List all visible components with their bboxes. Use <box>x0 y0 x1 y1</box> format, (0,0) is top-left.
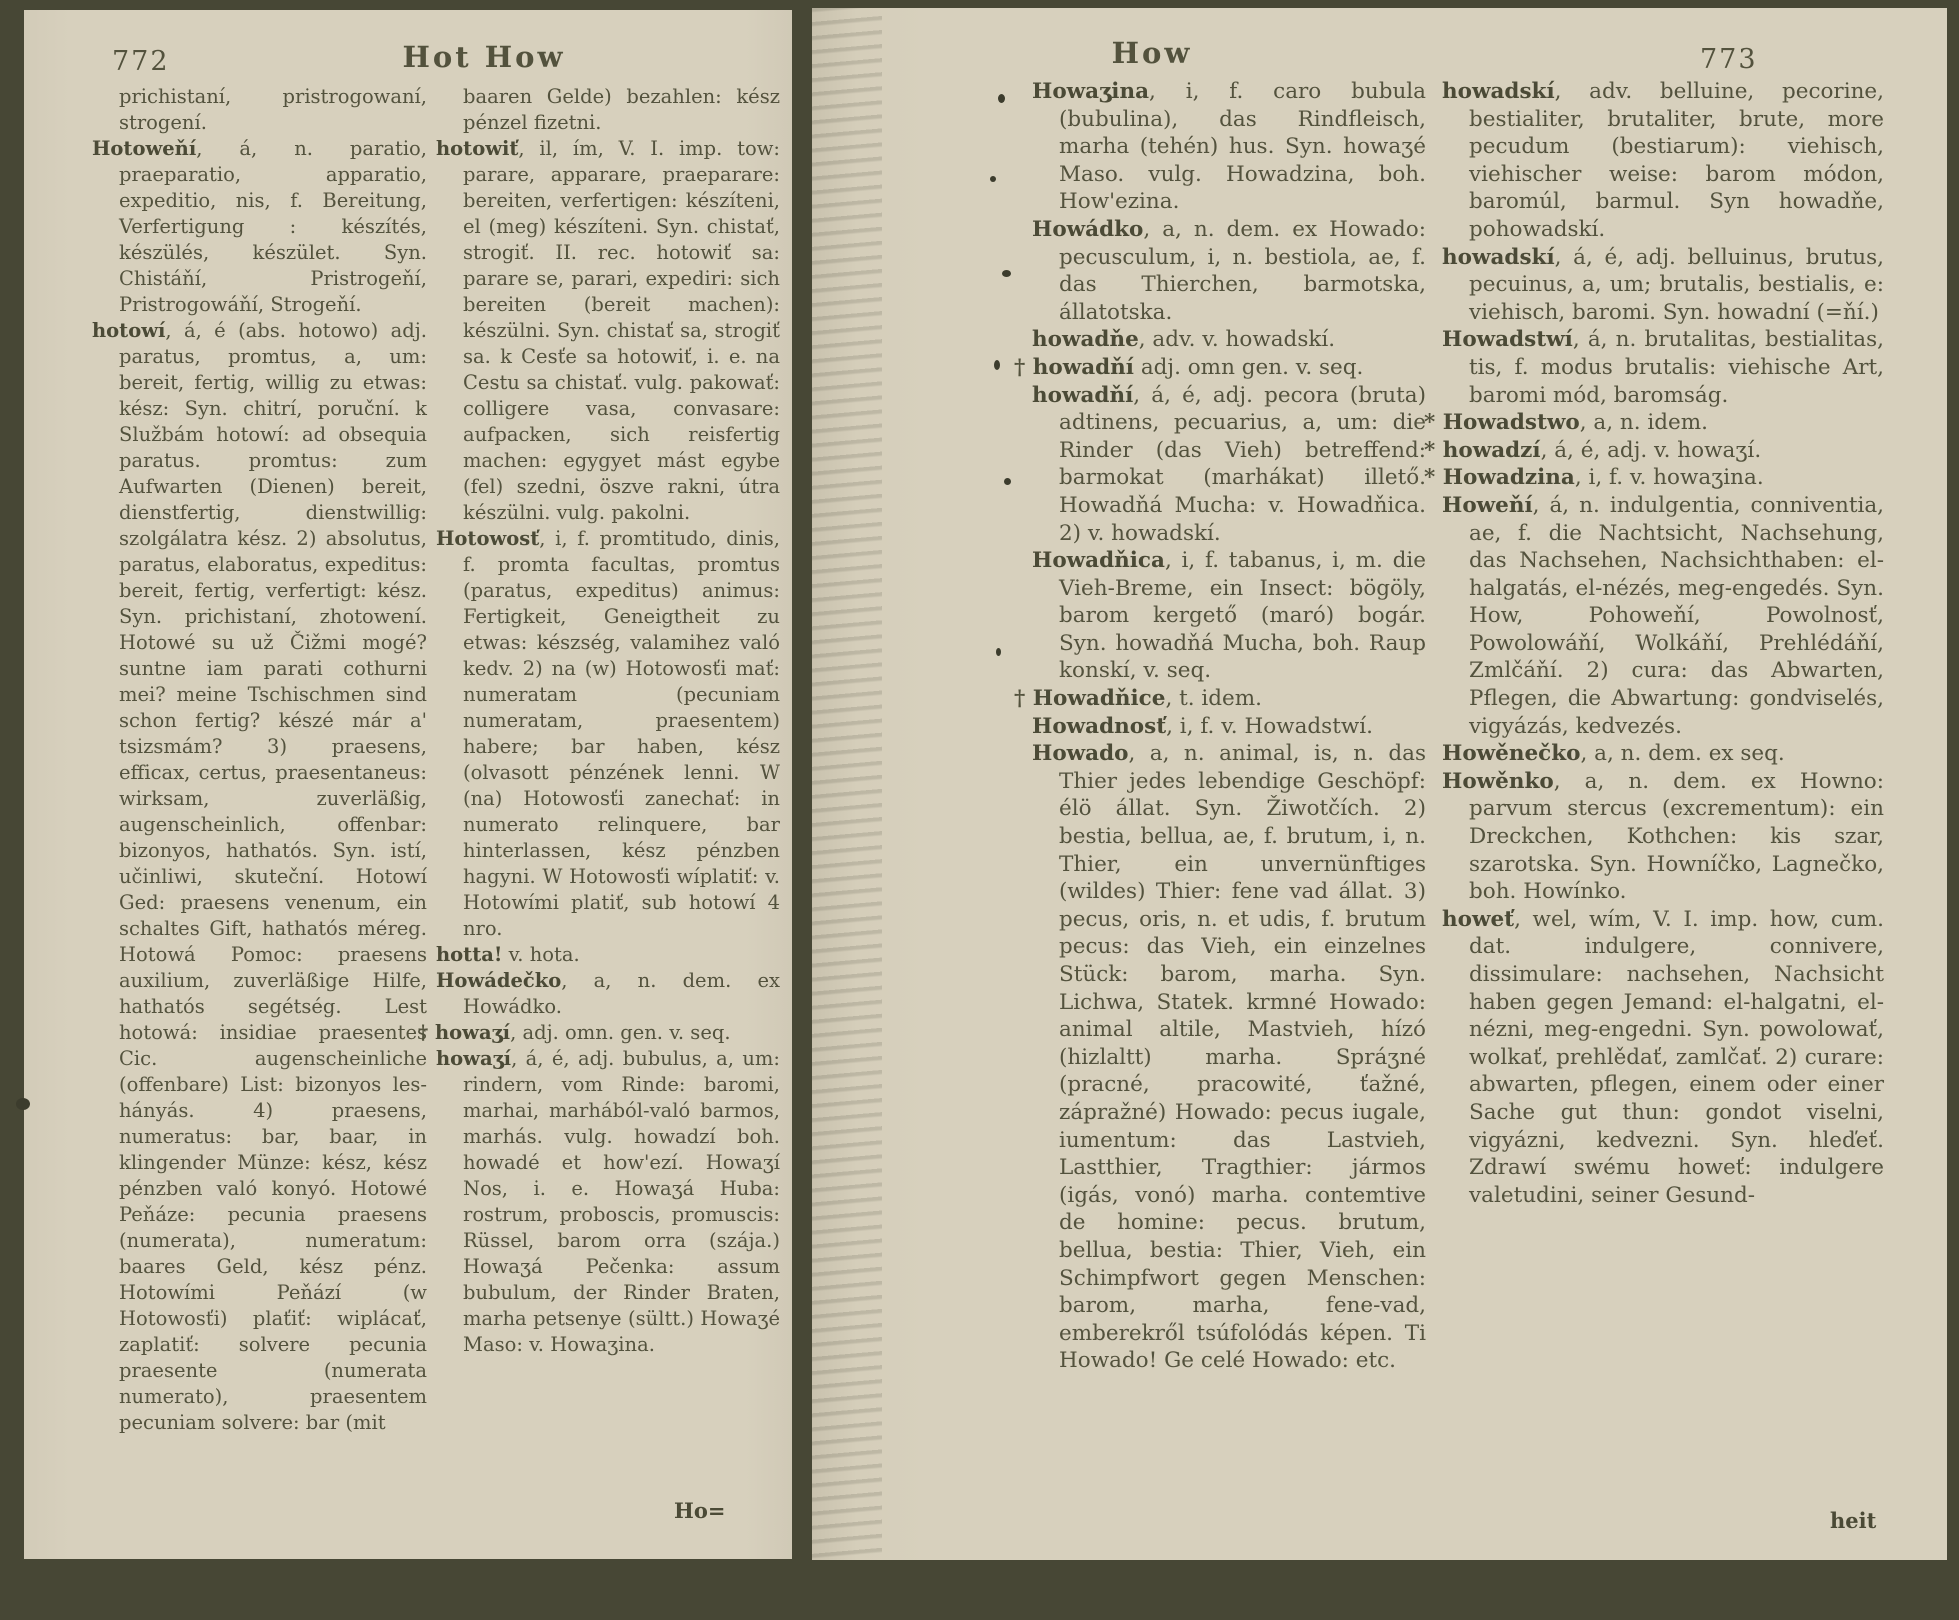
headword: hotta! <box>436 943 502 966</box>
headword: howadskí <box>1442 245 1555 270</box>
headword: howadňí <box>1033 355 1134 380</box>
headword: howadzí <box>1443 438 1541 463</box>
right-page-column-2: howadskí, adv. belluine, pecorine, besti… <box>1442 78 1884 1209</box>
obsolete-marker: † <box>418 1021 435 1044</box>
left-page-column-1: prichistaní, pristrogowaní, strogení.Hot… <box>92 84 427 1436</box>
dictionary-entry: hotowí, á, é (abs. hotowo) adj. paratus,… <box>92 318 427 1436</box>
left-page-column-2: baaren Gelde) bezahlen: kész pénzel fize… <box>436 84 780 1358</box>
dictionary-entry: Hotowosť, i, f. promtitudo, dinis, f. pr… <box>436 526 780 942</box>
dictionary-entry: Howadstwí, á, n. brutalitas, bestialitas… <box>1442 326 1884 409</box>
obsolete-marker: † <box>1014 686 1033 711</box>
dictionary-entry: Howaʒina, i, f. caro bubula (bubulina), … <box>1032 78 1426 216</box>
catchword-right: heit <box>1830 1508 1876 1533</box>
dictionary-entry: Howadňica, i, f. tabanus, i, m. die Vieh… <box>1032 547 1426 685</box>
headword: Howěnko <box>1442 769 1554 794</box>
headword: Howádko <box>1032 217 1143 242</box>
dictionary-entry: Howádečko, a, n. dem. ex Howádko. <box>436 968 780 1020</box>
dictionary-entry: howadňí, á, é, adj. pecora (bruta) adtin… <box>1032 382 1426 548</box>
gutter-shadow <box>812 8 882 1560</box>
variant-marker: * <box>1424 438 1443 463</box>
dictionary-entry: Howěnečko, a, n. dem. ex seq. <box>1442 740 1884 768</box>
entry-continuation: prichistaní, pristrogowaní, strogení. <box>92 84 427 136</box>
dictionary-entry: * howadzí, á, é, adj. v. howaʒí. <box>1442 437 1884 465</box>
headword: Howadňica <box>1032 548 1165 573</box>
headword: howadňí <box>1032 383 1133 408</box>
dictionary-entry: hotowiť, il, ím, V. I. imp. tow: parare,… <box>436 136 780 526</box>
dictionary-entry: Howado, a, n. animal, is, n. das Thier j… <box>1032 740 1426 1375</box>
headword: Howadstwo <box>1443 410 1580 435</box>
headword: Howadňice <box>1033 686 1166 711</box>
dictionary-entry: howadskí, á, é, adj. belluinus, brutus, … <box>1442 244 1884 327</box>
dictionary-entry: howadňe, adv. v. howadskí. <box>1032 326 1426 354</box>
dictionary-entry: * Howadzina, i, f. v. howaʒina. <box>1442 464 1884 492</box>
headword: howeť <box>1442 907 1514 932</box>
headword: Howaʒina <box>1032 79 1149 104</box>
headword: Howado <box>1032 741 1128 766</box>
dictionary-entry: † howadňí adj. omn gen. v. seq. <box>1032 354 1426 382</box>
ink-speck <box>990 176 996 182</box>
headword: hotowí <box>92 319 165 342</box>
dictionary-entry: * Howadstwo, a, n. idem. <box>1442 409 1884 437</box>
headword: Howeňí <box>1442 493 1533 518</box>
headword: Howádečko <box>436 969 561 992</box>
dictionary-entry: † Howadňice, t. idem. <box>1032 685 1426 713</box>
headword: Howěnečko <box>1442 741 1580 766</box>
dictionary-entry: howeť, wel, wím, V. I. imp. how, cum. da… <box>1442 906 1884 1210</box>
ink-speck <box>16 1098 30 1110</box>
headword: Howadzina <box>1443 465 1575 490</box>
ink-speck <box>1002 270 1011 277</box>
ink-speck <box>1004 478 1011 485</box>
page-number-right: 773 <box>1700 44 1758 75</box>
headword: hotowiť <box>436 137 518 160</box>
ink-speck <box>994 360 1000 370</box>
headword: howadňe <box>1032 327 1139 352</box>
headword: howaʒí <box>435 1021 510 1044</box>
page-number-left: 772 <box>112 46 170 77</box>
headword: howadskí <box>1442 79 1555 104</box>
headword: Hotoweňí <box>92 137 196 160</box>
left-page: 772 Hot How prichistaní, pristrogowaní, … <box>24 10 792 1559</box>
dictionary-entry: Howádko, a, n. dem. ex Howado: pecusculu… <box>1032 216 1426 326</box>
running-title-right: How <box>1072 36 1232 70</box>
dictionary-entry: howaʒí, á, é, adj. bubulus, a, um: rinde… <box>436 1046 780 1358</box>
headword: Hotowosť <box>436 527 539 550</box>
dictionary-entry: Hotoweňí, á, n. paratio, praeparatio, ap… <box>92 136 427 318</box>
dictionary-entry: howadskí, adv. belluine, pecorine, besti… <box>1442 78 1884 244</box>
ink-speck <box>998 94 1005 103</box>
book-scan: { "scan": { "paper_color": "#d6cfbc", "i… <box>0 0 1959 1620</box>
catchword-left: Ho= <box>674 1498 725 1523</box>
right-page: How 773 Howaʒina, i, f. caro bubula (bub… <box>812 8 1947 1560</box>
dictionary-entry: Howěnko, a, n. dem. ex Howno: parvum ste… <box>1442 768 1884 906</box>
dictionary-entry: Howadnosť, i, f. v. Howadstwí. <box>1032 713 1426 741</box>
headword: howaʒí <box>436 1047 511 1070</box>
running-title-left: Hot How <box>354 40 614 74</box>
headword: Howadnosť <box>1032 714 1166 739</box>
entry-continuation: baaren Gelde) bezahlen: kész pénzel fize… <box>436 84 780 136</box>
dictionary-entry: † howaʒí, adj. omn. gen. v. seq. <box>436 1020 780 1046</box>
right-page-column-1: Howaʒina, i, f. caro bubula (bubulina), … <box>1032 78 1426 1375</box>
dictionary-entry: Howeňí, á, n. indulgentia, conniventia, … <box>1442 492 1884 740</box>
headword: Howadstwí <box>1442 327 1573 352</box>
ink-speck <box>996 648 1001 656</box>
variant-marker: * <box>1424 410 1443 435</box>
dictionary-entry: hotta! v. hota. <box>436 942 780 968</box>
variant-marker: * <box>1424 465 1443 490</box>
obsolete-marker: † <box>1014 355 1033 380</box>
